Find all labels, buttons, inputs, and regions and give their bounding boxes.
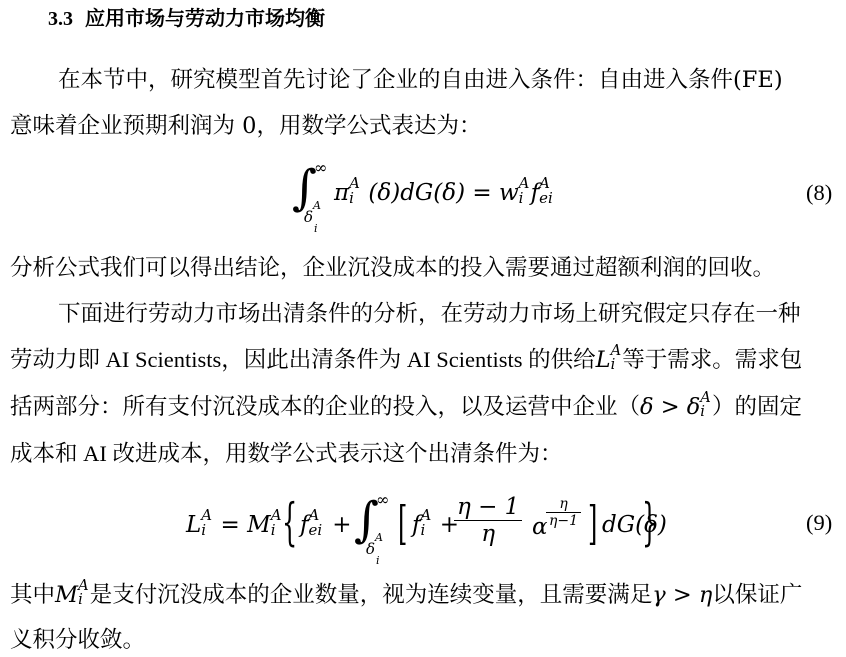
right-brace: } xyxy=(642,493,657,552)
exponent-fraction: η η−1 xyxy=(546,496,581,529)
inline-math-gamma-eta: γ > η xyxy=(652,582,712,608)
upper-limit: ∞ xyxy=(314,158,327,177)
equation-9-label: (9) xyxy=(806,510,832,536)
equation-9: LAi = MAi { fAei + ∫ ∞ δAi [ fAi + η − 1… xyxy=(186,488,666,568)
integrand: πAi (δ)dG(δ) = wAifAei xyxy=(334,180,556,206)
section-heading: 3.3应用市场与劳动力市场均衡 xyxy=(48,4,325,33)
text: 劳动力即 AI Scientists，因此出清条件为 AI Scientists… xyxy=(10,347,596,372)
text: 是支付沉没成本的企业数量，视为连续变量，且需要满足 xyxy=(90,582,653,608)
text: 意味着企业预期利润为 0，用数学公式表达为： xyxy=(10,113,481,139)
right-bracket: ] xyxy=(588,497,597,550)
text: 成本和 AI 改进成本，用数学公式表示这个出清条件为： xyxy=(10,441,563,466)
text: 等于需求。需求包 xyxy=(622,347,802,373)
paragraph-line: 劳动力即 AI Scientists，因此出清条件为 AI Scientists… xyxy=(10,345,802,375)
upper-limit: ∞ xyxy=(376,490,389,509)
paragraph-line: 分析公式我们可以得出结论，企业沉没成本的投入需要通过超额利润的回收。 xyxy=(10,253,775,283)
text: 以保证广 xyxy=(712,582,802,608)
text: 括两部分：所有支付沉没成本的企业的投入，以及运营中企业（ xyxy=(10,394,640,420)
inline-math-L: LAi xyxy=(596,347,623,373)
lower-limit: δAi xyxy=(366,540,387,558)
text: 下面进行劳动力市场出清条件的分析，在劳动力市场上研究假定只存在一种 xyxy=(58,301,801,327)
paragraph-line: 其中MAi是支付沉没成本的企业数量，视为连续变量，且需要满足γ > η以保证广 xyxy=(10,580,802,610)
paragraph-line: 括两部分：所有支付沉没成本的企业的投入，以及运营中企业（δ > δAi）的固定 xyxy=(10,392,802,422)
paragraph-line: 义积分收敛。 xyxy=(10,625,145,655)
left-brace: { xyxy=(282,493,297,552)
paragraph-line: 下面进行劳动力市场出清条件的分析，在劳动力市场上研究假定只存在一种 xyxy=(58,299,801,329)
text: 分析公式我们可以得出结论，企业沉没成本的投入需要通过超额利润的回收。 xyxy=(10,255,775,281)
eq9-f-ei: fAei + xyxy=(300,512,352,538)
paragraph-line: 在本节中，研究模型首先讨论了企业的自由进入条件：自由进入条件(FE) xyxy=(58,65,783,95)
eq9-lhs: LAi = MAi xyxy=(186,512,283,538)
inline-math-delta-condition: δ > δAi xyxy=(640,394,712,420)
paragraph-line: 意味着企业预期利润为 0，用数学公式表达为： xyxy=(10,111,481,141)
equation-8-label: (8) xyxy=(806,180,832,206)
paragraph-line: 成本和 AI 改进成本，用数学公式表示这个出清条件为： xyxy=(10,439,563,469)
text: 其中 xyxy=(10,582,55,608)
text: 在本节中，研究模型首先讨论了企业的自由进入条件：自由进入条件(FE) xyxy=(58,67,783,93)
lower-limit: δAi xyxy=(304,208,325,226)
section-number: 3.3 xyxy=(48,8,73,30)
fraction: η − 1 η xyxy=(454,494,522,547)
inline-math-M: MAi xyxy=(55,582,90,608)
left-bracket: [ xyxy=(398,497,407,550)
eq9-f-i: fAi + xyxy=(412,512,459,538)
text: ）的固定 xyxy=(712,394,802,420)
equation-8: ∫ ∞ δAi πAi (δ)dG(δ) = wAifAei xyxy=(290,160,690,235)
text: 义积分收敛。 xyxy=(10,627,145,653)
section-title: 应用市场与劳动力市场均衡 xyxy=(85,6,325,30)
